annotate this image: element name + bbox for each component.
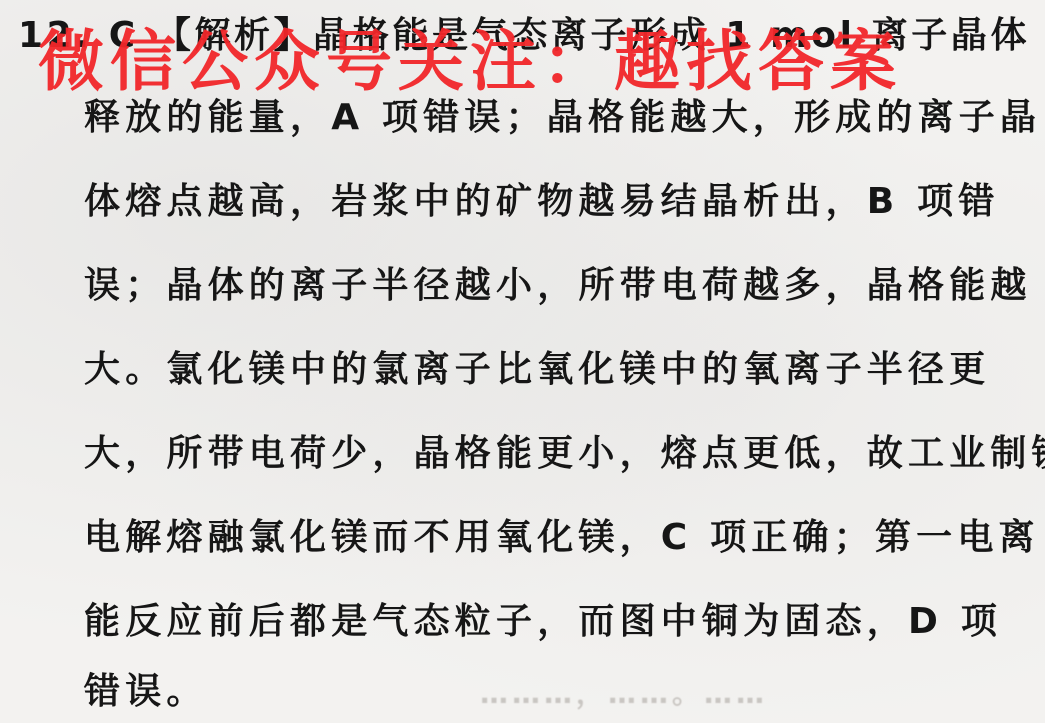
answer-line-3: 体熔点越高，岩浆中的矿物越易结晶析出，B 项错 — [84, 180, 1000, 224]
bleed-through-text: ………，……。…… — [480, 672, 768, 712]
answer-line-2: 释放的能量，A 项错误；晶格能越大，形成的离子晶 — [84, 96, 1041, 140]
answer-line-9: 错误。 — [84, 670, 208, 714]
answer-line-7: 电解熔融氯化镁而不用氧化镁，C 项正确；第一电离 — [84, 516, 1040, 560]
answer-line-5: 大。氯化镁中的氯离子比氧化镁中的氧离子半径更 — [84, 348, 990, 392]
answer-line-8: 能反应前后都是气态粒子，而图中铜为固态，D 项 — [84, 600, 1002, 644]
watermark-banner: 微信公众号关注：趣找答案 — [38, 22, 902, 102]
answer-line-6: 大，所带电荷少，晶格能更小，熔点更低，故工业制镁 — [84, 432, 1045, 476]
answer-line-4: 误；晶体的离子半径越小，所带电荷越多，晶格能越 — [84, 264, 1032, 308]
scanned-page: 12. C 【解析】晶格能是气态离子形成 1 mol 离子晶体 释放的能量，A … — [0, 0, 1045, 723]
